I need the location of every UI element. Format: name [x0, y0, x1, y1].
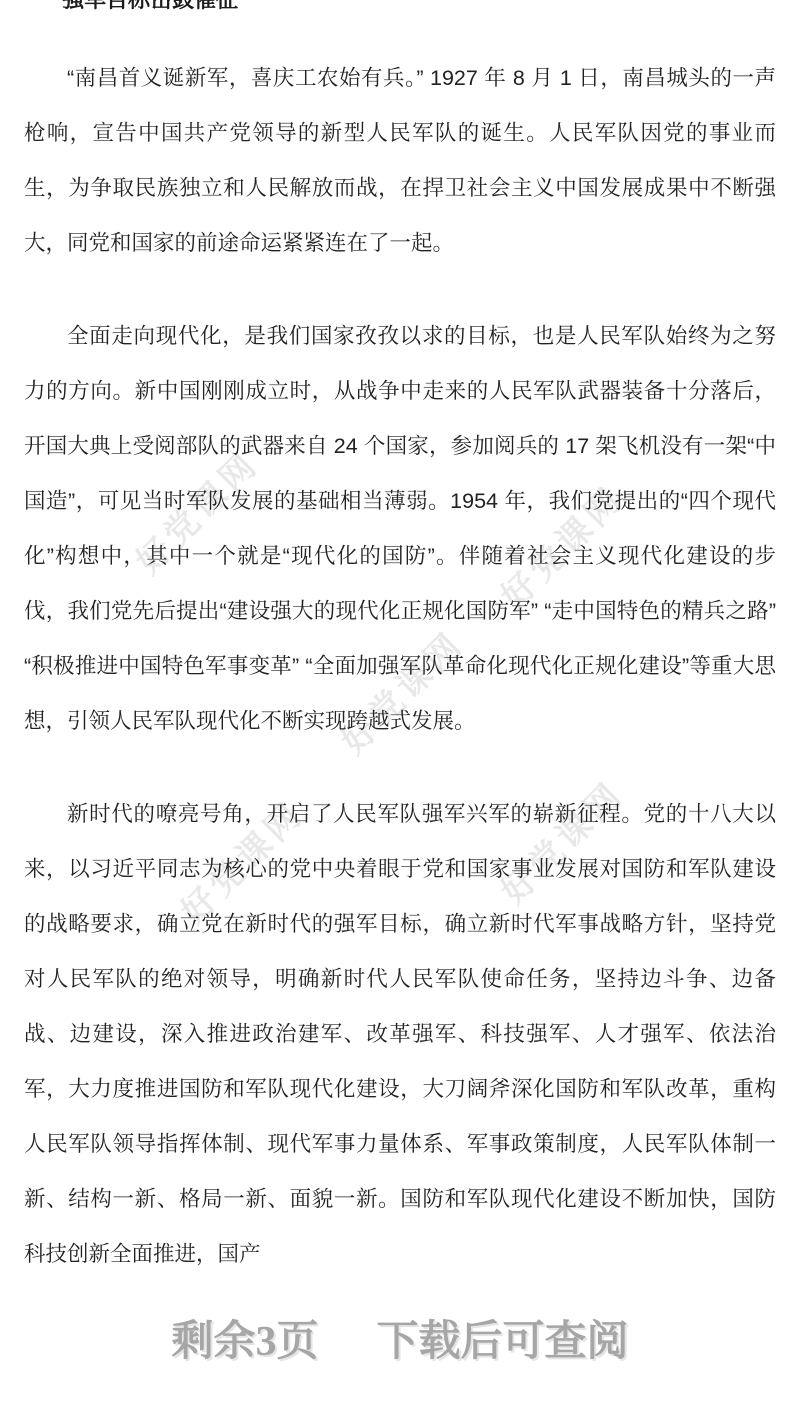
section-heading: 强军目标击鼓催征 [62, 0, 776, 13]
footer-banner: 剩余3页下载后可查阅 [0, 1308, 800, 1368]
document-page: 好党课网好党课网好党课网好党课网好党课网 强军目标击鼓催征 “南昌首义诞新军，喜… [0, 0, 800, 1417]
paragraph-2: 全面走向现代化，是我们国家孜孜以求的目标，也是人民军队始终为之努力的方向。新中国… [24, 309, 776, 749]
pages-remaining-label: 剩余3页 [171, 1319, 318, 1365]
paragraph-3: 新时代的嘹亮号角，开启了人民军队强军兴军的崭新征程。党的十八大以来，以习近平同志… [24, 787, 776, 1282]
download-hint-label: 下载后可查阅 [377, 1319, 629, 1365]
document-content: 强军目标击鼓催征 “南昌首义诞新军，喜庆工农始有兵。” 1927 年 8 月 1… [24, 0, 776, 1282]
paragraph-1: “南昌首义诞新军，喜庆工农始有兵。” 1927 年 8 月 1 日，南昌城头的一… [24, 51, 776, 271]
